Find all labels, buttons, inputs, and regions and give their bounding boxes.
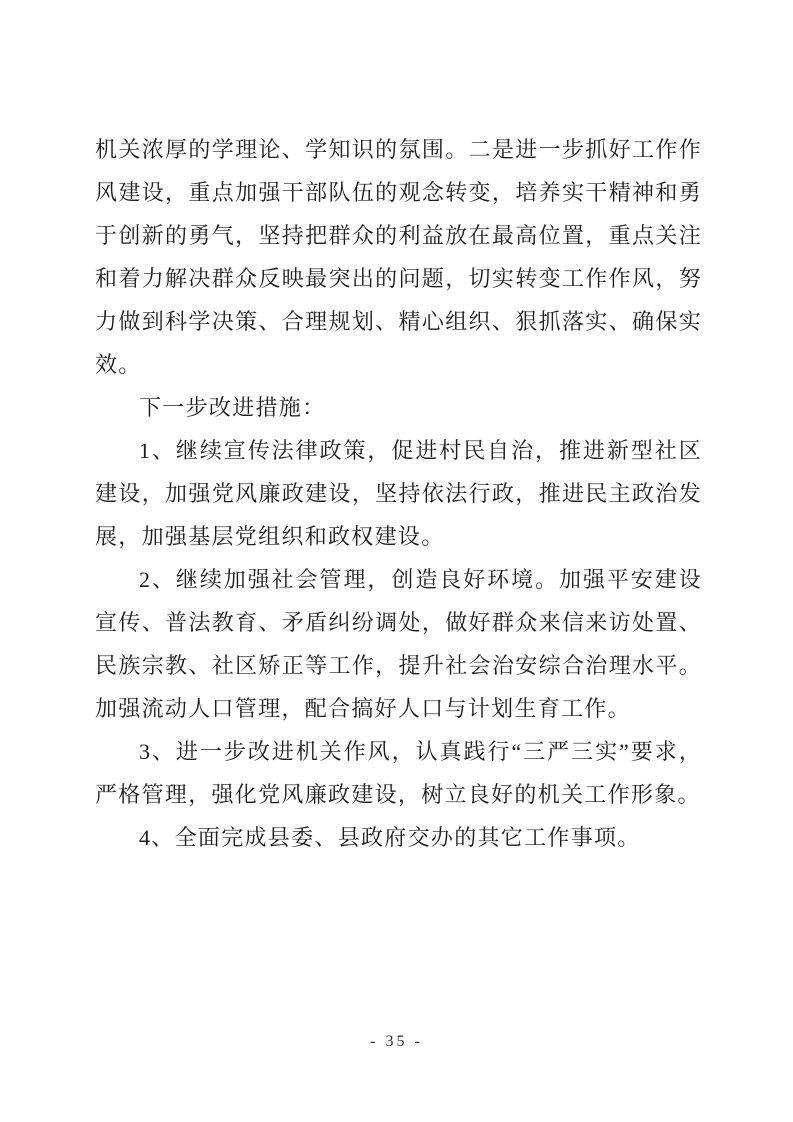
document-page: 机关浓厚的学理论、学知识的氛围。二是进一步抓好工作作风建设，重点加强干部队伍的观… <box>0 0 793 1122</box>
document-body: 机关浓厚的学理论、学知识的氛围。二是进一步抓好工作作风建设，重点加强干部队伍的观… <box>95 128 702 859</box>
paragraph-item-3: 3、进一步改进机关作风，认真践行“三严三实”要求，严格管理，强化党风廉政建设，树… <box>95 730 702 816</box>
paragraph-item-2: 2、继续加强社会管理，创造良好环境。加强平安建设宣传、普法教育、矛盾纠纷调处，做… <box>95 558 702 730</box>
paragraph-next-steps-heading: 下一步改进措施： <box>95 386 702 429</box>
paragraph-continuation: 机关浓厚的学理论、学知识的氛围。二是进一步抓好工作作风建设，重点加强干部队伍的观… <box>95 128 702 386</box>
page-footer: - 35 - <box>0 1031 793 1053</box>
page-number: - 35 - <box>370 1033 423 1050</box>
paragraph-item-4: 4、全面完成县委、县政府交办的其它工作事项。 <box>95 816 702 859</box>
paragraph-item-1: 1、继续宣传法律政策，促进村民自治，推进新型社区建设，加强党风廉政建设，坚持依法… <box>95 429 702 558</box>
